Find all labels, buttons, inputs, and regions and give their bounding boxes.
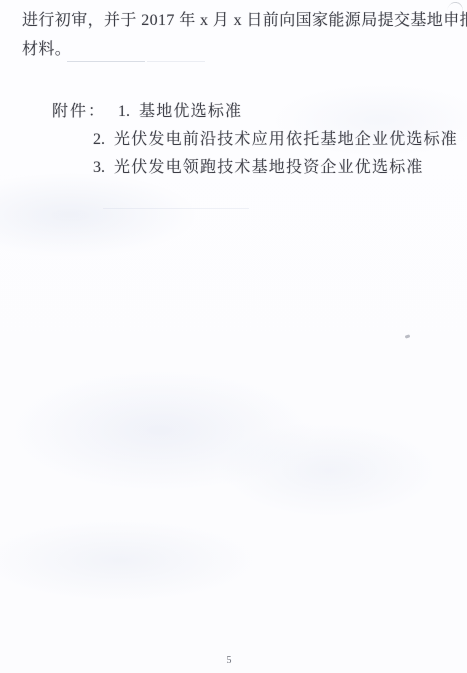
scan-artifact-speck <box>405 334 411 338</box>
scanned-document-page: 进行初审，并于 2017 年 x 月 x 日前向国家能源局提交基地申报 材料。 … <box>0 0 467 673</box>
body-paragraph: 进行初审，并于 2017 年 x 月 x 日前向国家能源局提交基地申报 材料。 <box>22 6 450 64</box>
attachment-item-number: 3. <box>93 154 105 182</box>
scan-artifact-line <box>147 61 205 62</box>
page-number: 5 <box>0 655 458 666</box>
attachment-item: 3. 光伏发电领跑技术基地投资企业优选标准 <box>93 154 458 182</box>
attachment-item: 2. 光伏发电前沿技术应用依托基地企业优选标准 <box>93 126 458 154</box>
scan-artifact-bleed <box>103 208 249 209</box>
paragraph-line: 进行初审，并于 2017 年 x 月 x 日前向国家能源局提交基地申报 <box>22 6 450 35</box>
attachment-item-number: 2. <box>93 126 105 154</box>
scan-artifact-line <box>67 61 145 62</box>
attachment-item: 附件： 1. 基地优选标准 <box>52 98 458 126</box>
attachment-item-number: 1. <box>118 98 130 126</box>
attachment-item-text: 基地优选标准 <box>139 98 242 126</box>
attachment-item-text: 光伏发电领跑技术基地投资企业优选标准 <box>114 154 424 182</box>
paragraph-line: 材料。 <box>22 35 450 64</box>
attachments-block: 附件： 1. 基地优选标准 2. 光伏发电前沿技术应用依托基地企业优选标准 3.… <box>52 98 458 182</box>
attachments-label: 附件： <box>52 98 106 126</box>
attachment-item-text: 光伏发电前沿技术应用依托基地企业优选标准 <box>114 126 458 154</box>
